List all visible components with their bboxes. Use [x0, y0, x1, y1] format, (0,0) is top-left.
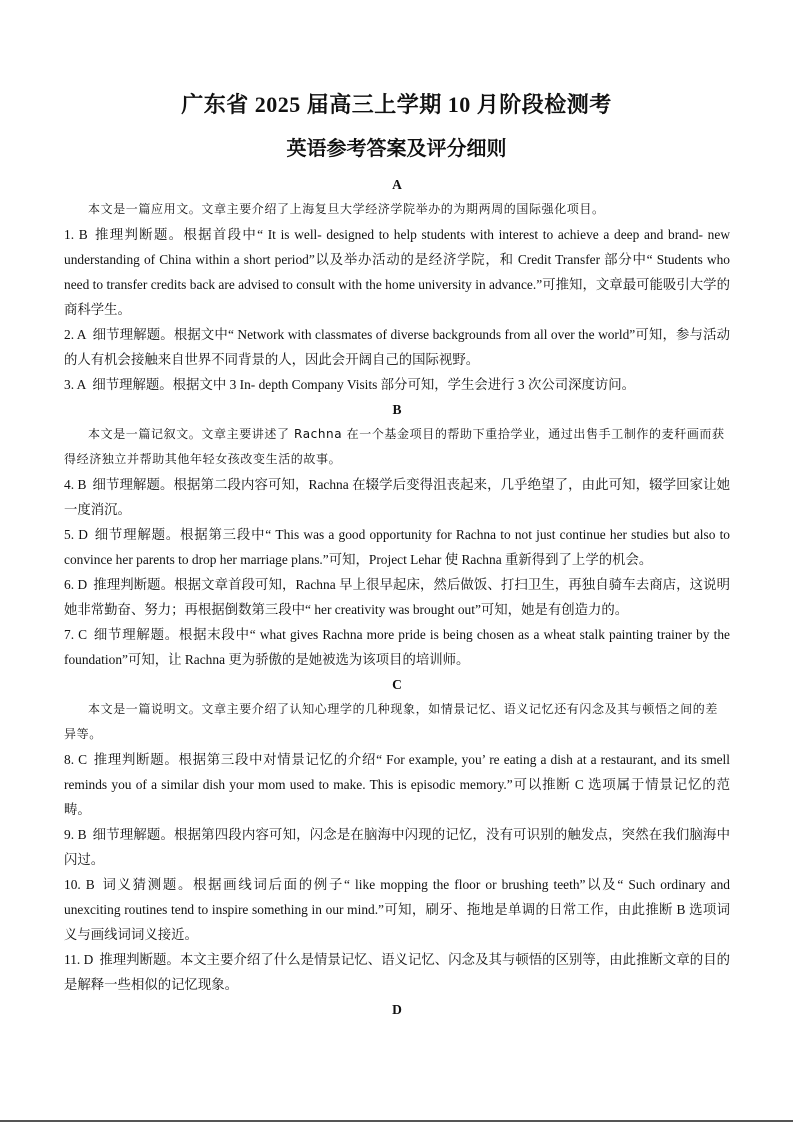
section-heading: A [64, 172, 730, 197]
answer-item: 5. D细节理解题。根据第三段中“ This was a good opport… [64, 522, 730, 572]
answer-item: 3. A细节理解题。根据文中 3 In- depth Company Visit… [64, 372, 730, 397]
answer-item: 10. B词义猜测题。根据画线词后面的例子“ like mopping the … [64, 872, 730, 947]
answer-item: 2. A细节理解题。根据文中“ Network with classmates … [64, 322, 730, 372]
document-subtitle: 英语参考答案及评分细则 [0, 132, 793, 161]
answer-number: 3. A [64, 377, 86, 392]
answer-explanation: 细节理解题。根据第二段内容可知，Rachna 在辍学后变得沮丧起来，几乎绝望了，… [64, 477, 730, 517]
answer-explanation: 细节理解题。根据第四段内容可知，闪念是在脑海中闪现的记忆，没有可识别的触发点，突… [64, 827, 730, 867]
answer-explanation: 推理判断题。根据首段中“ It is well- designed to hel… [64, 227, 730, 317]
answer-number: 8. C [64, 752, 87, 767]
answer-explanation: 细节理解题。根据文中“ Network with classmates of d… [64, 327, 730, 367]
answer-explanation: 词义猜测题。根据画线词后面的例子“ like mopping the floor… [64, 877, 730, 942]
answer-item: 1. B推理判断题。根据首段中“ It is well- designed to… [64, 222, 730, 322]
answer-number: 10. B [64, 877, 95, 892]
section-a: A 本文是一篇应用文。文章主要介绍了上海复旦大学经济学院举办的为期两周的国际强化… [64, 172, 730, 397]
answer-number: 2. A [64, 327, 86, 342]
section-intro: 本文是一篇说明文。文章主要介绍了认知心理学的几种现象，如情景记忆、语义记忆还有闪… [64, 697, 730, 747]
answer-explanation: 推理判断题。本文主要介绍了什么是情景记忆、语义记忆、闪念及其与顿悟的区别等，由此… [64, 952, 730, 992]
answer-explanation: 细节理解题。根据文中 3 In- depth Company Visits 部分… [92, 377, 635, 392]
answer-number: 7. C [64, 627, 87, 642]
answer-number: 9. B [64, 827, 87, 842]
answer-item: 9. B细节理解题。根据第四段内容可知，闪念是在脑海中闪现的记忆，没有可识别的触… [64, 822, 730, 872]
answer-explanation: 细节理解题。根据第三段中“ This was a good opportunit… [64, 527, 730, 567]
answer-number: 5. D [64, 527, 88, 542]
section-heading: B [64, 397, 730, 422]
section-heading: C [64, 672, 730, 697]
section-c: C 本文是一篇说明文。文章主要介绍了认知心理学的几种现象，如情景记忆、语义记忆还… [64, 672, 730, 997]
answer-item: 4. B细节理解题。根据第二段内容可知，Rachna 在辍学后变得沮丧起来，几乎… [64, 472, 730, 522]
answer-number: 11. D [64, 952, 93, 967]
document-title: 广东省 2025 届高三上学期 10 月阶段检测考 [0, 88, 793, 119]
section-b: B 本文是一篇记叙文。文章主要讲述了 Rachna 在一个基金项目的帮助下重拾学… [64, 397, 730, 672]
answer-explanation: 细节理解题。根据末段中“ what gives Rachna more prid… [64, 627, 730, 667]
section-d: D [64, 997, 730, 1022]
section-intro: 本文是一篇应用文。文章主要介绍了上海复旦大学经济学院举办的为期两周的国际强化项目… [64, 197, 730, 222]
answer-item: 11. D推理判断题。本文主要介绍了什么是情景记忆、语义记忆、闪念及其与顿悟的区… [64, 947, 730, 997]
answer-item: 8. C推理判断题。根据第三段中对情景记忆的介绍“ For example, y… [64, 747, 730, 822]
answer-number: 4. B [64, 477, 86, 492]
document-page: 广东省 2025 届高三上学期 10 月阶段检测考 英语参考答案及评分细则 A … [0, 0, 793, 1122]
answer-number: 1. B [64, 227, 88, 242]
answer-number: 6. D [64, 577, 87, 592]
section-heading: D [64, 997, 730, 1022]
answer-explanation: 推理判断题。根据文章首段可知，Rachna 早上很早起床，然后做饭、打扫卫生，再… [64, 577, 730, 617]
answer-item: 7. C细节理解题。根据末段中“ what gives Rachna more … [64, 622, 730, 672]
answer-explanation: 推理判断题。根据第三段中对情景记忆的介绍“ For example, you’ … [64, 752, 730, 817]
answer-item: 6. D推理判断题。根据文章首段可知，Rachna 早上很早起床，然后做饭、打扫… [64, 572, 730, 622]
section-intro: 本文是一篇记叙文。文章主要讲述了 Rachna 在一个基金项目的帮助下重拾学业，… [64, 422, 730, 472]
answer-content: A 本文是一篇应用文。文章主要介绍了上海复旦大学经济学院举办的为期两周的国际强化… [64, 172, 730, 1022]
